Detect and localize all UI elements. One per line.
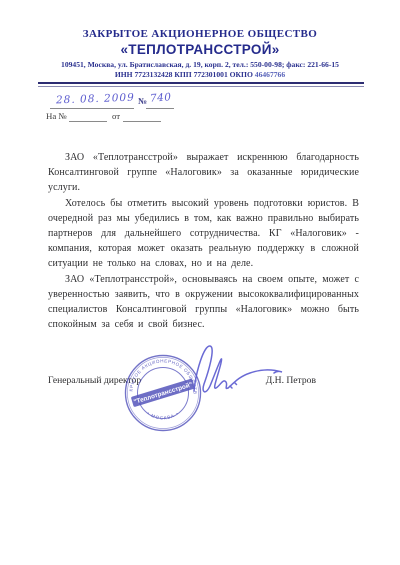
reply-from-underline — [123, 121, 161, 122]
org-address-line: 109451, Москва, ул. Братиславская, д. 19… — [0, 60, 400, 69]
letter-paragraph: ЗАО «Теплотрансстрой» выражает искреннюю… — [48, 150, 359, 196]
handwritten-outgoing-number: 740 — [150, 91, 172, 104]
date-underline — [50, 108, 134, 109]
org-name-line: «ТЕПЛОТРАНССТРОЙ» — [0, 42, 400, 57]
handwritten-date: 28. 08. 2009 — [56, 92, 135, 107]
scanned-letter-page: ЗАКРЫТОЕ АКЦИОНЕРНОЕ ОБЩЕСТВО «ТЕПЛОТРАН… — [0, 0, 400, 565]
letter-paragraph: Хотелось бы отметить высокий уровень под… — [48, 196, 359, 272]
letterhead-divider-rule — [38, 82, 364, 87]
letter-paragraph: ЗАО «Теплотрансстрой», основываясь на св… — [48, 272, 359, 333]
inn-kpp-okpo-label: ИНН 7723132428 КПП 772301001 ОКПО — [115, 70, 255, 79]
number-underline — [146, 108, 174, 109]
letter-body: ЗАО «Теплотрансстрой» выражает искреннюю… — [48, 150, 359, 332]
okpo-number: 46467766 — [255, 70, 285, 79]
reply-no-underline — [69, 121, 107, 122]
number-sign-label: № — [138, 96, 147, 106]
stamp-rim-bottom-text: • МОСКВА • — [146, 411, 180, 421]
letterhead: ЗАКРЫТОЕ АКЦИОНЕРНОЕ ОБЩЕСТВО «ТЕПЛОТРАН… — [0, 28, 400, 79]
svg-text:• МОСКВА •: • МОСКВА • — [146, 411, 180, 421]
director-signature — [178, 337, 290, 407]
reply-no-label: На № — [46, 111, 67, 121]
org-requisites-line: ИНН 7723132428 КПП 772301001 ОКПО 464677… — [0, 70, 400, 79]
org-type-line: ЗАКРЫТОЕ АКЦИОНЕРНОЕ ОБЩЕСТВО — [0, 28, 400, 40]
reply-from-label: от — [112, 111, 120, 121]
